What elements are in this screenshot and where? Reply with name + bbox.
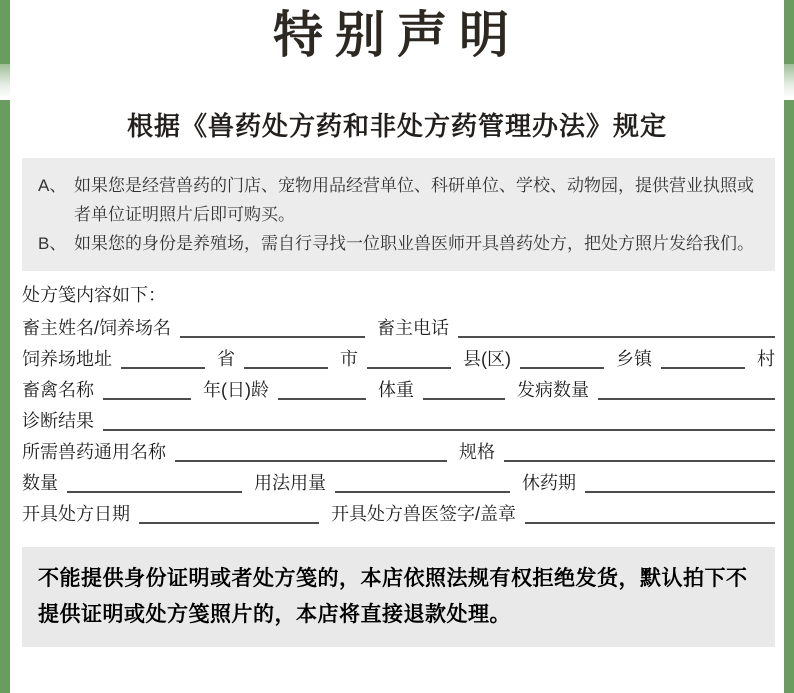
form-field-label: 省 bbox=[217, 345, 235, 373]
blank-underline bbox=[458, 334, 775, 338]
page-title: 特别声明 bbox=[0, 6, 794, 64]
blank-underline bbox=[278, 396, 366, 400]
form-field-label: 所需兽药通用名称 bbox=[22, 438, 166, 466]
blank-underline bbox=[244, 365, 328, 369]
form-row: 畜禽名称年(日)龄体重发病数量 bbox=[22, 373, 775, 404]
form-field-label: 乡镇 bbox=[616, 345, 652, 373]
form-row: 数量用法用量休药期 bbox=[22, 466, 775, 497]
right-green-border bbox=[784, 0, 794, 693]
form-field-label: 用法用量 bbox=[254, 469, 326, 497]
notice-item-b: B、 如果您的身份是养殖场，需自行寻找一位职业兽医师开具兽药处方，把处方照片发给… bbox=[38, 229, 757, 258]
notice-item-label: A、 bbox=[38, 171, 74, 229]
form-intro: 处方笺内容如下： bbox=[22, 280, 775, 311]
form-row: 畜主姓名/饲养场名畜主电话 bbox=[22, 311, 775, 342]
form-row: 饲养场地址省市县(区)乡镇村 bbox=[22, 342, 775, 373]
form-field-label: 数量 bbox=[22, 469, 58, 497]
blank-underline bbox=[585, 489, 775, 493]
form-field-label: 年(日)龄 bbox=[203, 376, 269, 404]
form-field-label: 畜主姓名/饲养场名 bbox=[22, 314, 171, 342]
blank-underline bbox=[67, 489, 242, 493]
blank-underline bbox=[139, 520, 319, 524]
blank-underline bbox=[520, 365, 604, 369]
notice-panel: A、 如果您是经营兽药的门店、宠物用品经营单位、科研单位、学校、动物园，提供营业… bbox=[22, 158, 775, 271]
notice-item-text: 如果您是经营兽药的门店、宠物用品经营单位、科研单位、学校、动物园，提供营业执照或… bbox=[74, 171, 757, 229]
form-row: 开具处方日期开具处方兽医签字/盖章 bbox=[22, 497, 775, 528]
blank-underline bbox=[103, 427, 775, 431]
blank-underline bbox=[423, 396, 505, 400]
blank-underline bbox=[598, 396, 775, 400]
blank-underline bbox=[525, 520, 775, 524]
form-field-label: 体重 bbox=[378, 376, 414, 404]
form-field-label: 规格 bbox=[459, 438, 495, 466]
form-field-label: 开具处方日期 bbox=[22, 500, 130, 528]
blank-underline bbox=[121, 365, 205, 369]
blank-underline bbox=[367, 365, 451, 369]
reflection-fade-overlay bbox=[0, 64, 794, 100]
refusal-warning: 不能提供身份证明或者处方笺的，本店依照法规有权拒绝发货，默认拍下不提供证明或处方… bbox=[22, 547, 775, 647]
form-rows: 畜主姓名/饲养场名畜主电话饲养场地址省市县(区)乡镇村畜禽名称年(日)龄体重发病… bbox=[22, 311, 775, 528]
form-field-label: 休药期 bbox=[522, 469, 576, 497]
left-green-border bbox=[0, 0, 10, 693]
special-statement-notice: 特别声明 特别声明 根据《兽药处方药和非处方药管理办法》规定 A、 如果您是经营… bbox=[0, 0, 794, 693]
form-field-label: 畜禽名称 bbox=[22, 376, 94, 404]
blank-underline bbox=[335, 489, 510, 493]
regulation-heading: 根据《兽药处方药和非处方药管理办法》规定 bbox=[0, 106, 794, 143]
title-reflection-wrap: 特别声明 bbox=[0, 64, 794, 100]
blank-underline bbox=[504, 458, 775, 462]
blank-underline bbox=[180, 334, 365, 338]
form-field-label: 发病数量 bbox=[517, 376, 589, 404]
blank-underline bbox=[103, 396, 191, 400]
form-field-label: 县(区) bbox=[463, 345, 511, 373]
prescription-form: 处方笺内容如下： 畜主姓名/饲养场名畜主电话饲养场地址省市县(区)乡镇村畜禽名称… bbox=[22, 280, 775, 528]
notice-item-a: A、 如果您是经营兽药的门店、宠物用品经营单位、科研单位、学校、动物园，提供营业… bbox=[38, 171, 757, 229]
form-field-label: 饲养场地址 bbox=[22, 345, 112, 373]
notice-item-label: B、 bbox=[38, 229, 74, 258]
form-field-label: 畜主电话 bbox=[377, 314, 449, 342]
notice-item-text: 如果您的身份是养殖场，需自行寻找一位职业兽医师开具兽药处方，把处方照片发给我们。 bbox=[74, 229, 757, 258]
blank-underline bbox=[175, 458, 447, 462]
form-field-label: 开具处方兽医签字/盖章 bbox=[331, 500, 516, 528]
form-field-label: 村 bbox=[757, 345, 775, 373]
form-row: 诊断结果 bbox=[22, 404, 775, 435]
title-block: 特别声明 特别声明 bbox=[0, 0, 794, 100]
blank-underline bbox=[661, 365, 745, 369]
form-row: 所需兽药通用名称规格 bbox=[22, 435, 775, 466]
form-field-label: 诊断结果 bbox=[22, 407, 94, 435]
form-field-label: 市 bbox=[340, 345, 358, 373]
